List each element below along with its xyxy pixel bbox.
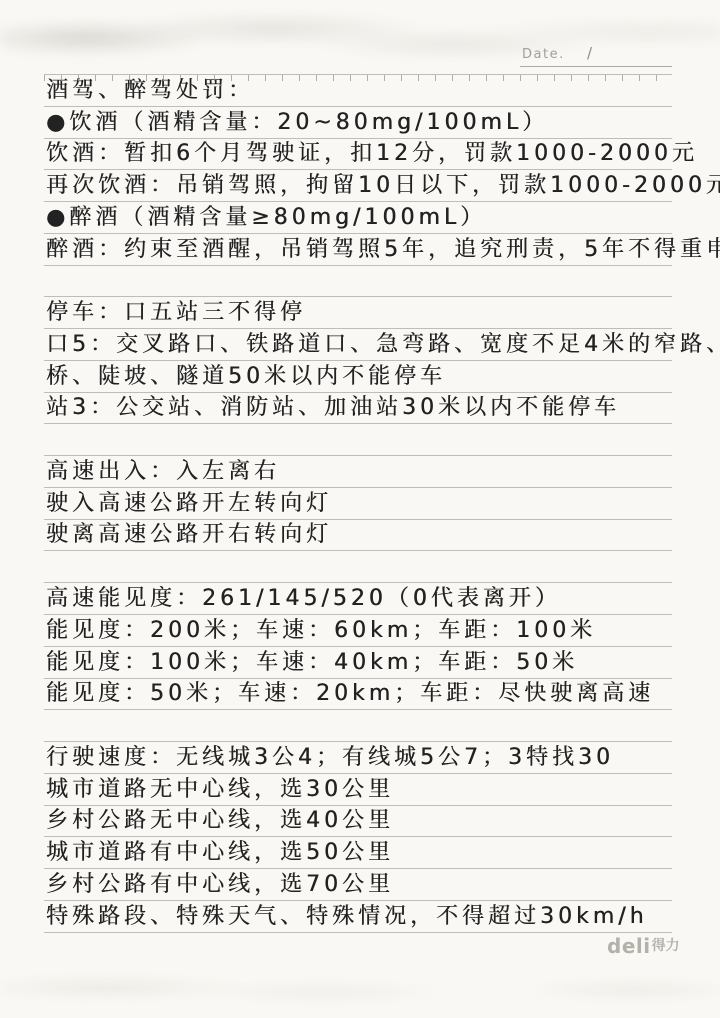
note-line: 城市道路有中心线，选50公里 bbox=[44, 837, 672, 869]
note-line: 高速能见度：261/145/520（0代表离开） bbox=[44, 583, 672, 615]
note-line-text: 高速能见度：261/145/520（0代表离开） bbox=[44, 586, 561, 614]
note-line: 驶离高速公路开右转向灯 bbox=[44, 520, 672, 552]
note-line-text: ●饮酒（酒精含量：20~80mg/100mL） bbox=[44, 110, 548, 138]
note-line-text: 饮酒：暂扣6个月驾驶证，扣12分，罚款1000-2000元 bbox=[44, 141, 698, 169]
note-line-text bbox=[44, 739, 46, 741]
note-line-text: 口5：交叉路口、铁路道口、急弯路、宽度不足4米的窄路、窄 bbox=[44, 332, 720, 360]
note-line-text: 醉酒：约束至酒醒，吊销驾照5年，追究刑责，5年不得重申 bbox=[44, 237, 720, 265]
note-line-text bbox=[44, 580, 46, 582]
note-line-text: 站3：公交站、消防站、加油站30米以内不能停车 bbox=[44, 395, 620, 423]
brand-logo: deli 得力 bbox=[607, 936, 680, 956]
brand-cjk-text: 得力 bbox=[652, 938, 680, 954]
note-line-text: 高速出入：入左离右 bbox=[44, 459, 280, 487]
ruler-ticks bbox=[44, 75, 672, 81]
notebook-page: Date. / 酒驾、醉驾处罚：●饮酒（酒精含量：20~80mg/100mL）饮… bbox=[0, 0, 720, 1018]
note-line bbox=[44, 710, 672, 742]
note-line: 再次饮酒：吊销驾照，拘留10日以下，罚款1000-2000元 bbox=[44, 170, 672, 202]
note-line: 城市道路无中心线，选30公里 bbox=[44, 774, 672, 806]
note-line: 醉酒：约束至酒醒，吊销驾照5年，追究刑责，5年不得重申 bbox=[44, 234, 672, 266]
note-line-text: 再次饮酒：吊销驾照，拘留10日以下，罚款1000-2000元 bbox=[44, 173, 720, 201]
note-line: 行驶速度：无线城3公4；有线城5公7；3特找30 bbox=[44, 742, 672, 774]
note-line: 口5：交叉路口、铁路道口、急弯路、宽度不足4米的窄路、窄 bbox=[44, 329, 672, 361]
note-line-text: 停车：口五站三不得停 bbox=[44, 300, 306, 328]
note-line-text: 乡村公路无中心线，选40公里 bbox=[44, 808, 394, 836]
note-line: 饮酒：暂扣6个月驾驶证，扣12分，罚款1000-2000元 bbox=[44, 139, 672, 171]
note-line-text: 驶入高速公路开左转向灯 bbox=[44, 491, 332, 519]
note-line: 能见度：200米；车速：60km；车距：100米 bbox=[44, 615, 672, 647]
note-line-text: 城市道路无中心线，选30公里 bbox=[44, 777, 394, 805]
note-line: 停车：口五站三不得停 bbox=[44, 297, 672, 329]
note-line-text: 驶离高速公路开右转向灯 bbox=[44, 522, 332, 550]
note-line: 高速出入：入左离右 bbox=[44, 456, 672, 488]
note-line-text bbox=[44, 453, 46, 455]
note-line: ●饮酒（酒精含量：20~80mg/100mL） bbox=[44, 107, 672, 139]
note-line-text: 能见度：200米；车速：60km；车距：100米 bbox=[44, 618, 596, 646]
note-rows: 酒驾、醉驾处罚：●饮酒（酒精含量：20~80mg/100mL）饮酒：暂扣6个月驾… bbox=[44, 75, 672, 933]
note-line-text: 酒驾、醉驾处罚： bbox=[44, 78, 254, 106]
note-line-text: 特殊路段、特殊天气、特殊情况，不得超过30km/h bbox=[44, 904, 648, 932]
note-line: 桥、陡坡、隧道50米以内不能停车 bbox=[44, 361, 672, 393]
note-line: 能见度：50米；车速：20km；车距：尽快驶离高速 bbox=[44, 679, 672, 711]
note-line-text: 乡村公路有中心线，选70公里 bbox=[44, 872, 394, 900]
date-label: Date. bbox=[522, 47, 565, 62]
note-line: 特殊路段、特殊天气、特殊情况，不得超过30km/h bbox=[44, 901, 672, 933]
note-line: ●醉酒（酒精含量≥80mg/100mL） bbox=[44, 202, 672, 234]
note-line: 乡村公路无中心线，选40公里 bbox=[44, 806, 672, 838]
scan-shadow-bottom bbox=[0, 965, 720, 1010]
note-line: 驶入高速公路开左转向灯 bbox=[44, 488, 672, 520]
note-line: 站3：公交站、消防站、加油站30米以内不能停车 bbox=[44, 393, 672, 425]
note-line bbox=[44, 551, 672, 583]
ruled-sheet: 酒驾、醉驾处罚：●饮酒（酒精含量：20~80mg/100mL）饮酒：暂扣6个月驾… bbox=[44, 74, 672, 933]
note-line-text bbox=[44, 294, 46, 296]
note-line: 能见度：100米；车速：40km；车距：50米 bbox=[44, 647, 672, 679]
note-line-text: 桥、陡坡、隧道50米以内不能停车 bbox=[44, 364, 446, 392]
note-line-text: 城市道路有中心线，选50公里 bbox=[44, 840, 394, 868]
brand-latin-text: deli bbox=[607, 936, 651, 956]
note-line-text: 能见度：100米；车速：40km；车距：50米 bbox=[44, 650, 578, 678]
note-line bbox=[44, 424, 672, 456]
note-line-text: 能见度：50米；车速：20km；车距：尽快驶离高速 bbox=[44, 681, 654, 709]
note-line-text: 行驶速度：无线城3公4；有线城5公7；3特找30 bbox=[44, 745, 614, 773]
note-line bbox=[44, 266, 672, 298]
note-line-text: ●醉酒（酒精含量≥80mg/100mL） bbox=[44, 205, 486, 233]
date-separator: / bbox=[587, 44, 592, 62]
note-line: 乡村公路有中心线，选70公里 bbox=[44, 869, 672, 901]
